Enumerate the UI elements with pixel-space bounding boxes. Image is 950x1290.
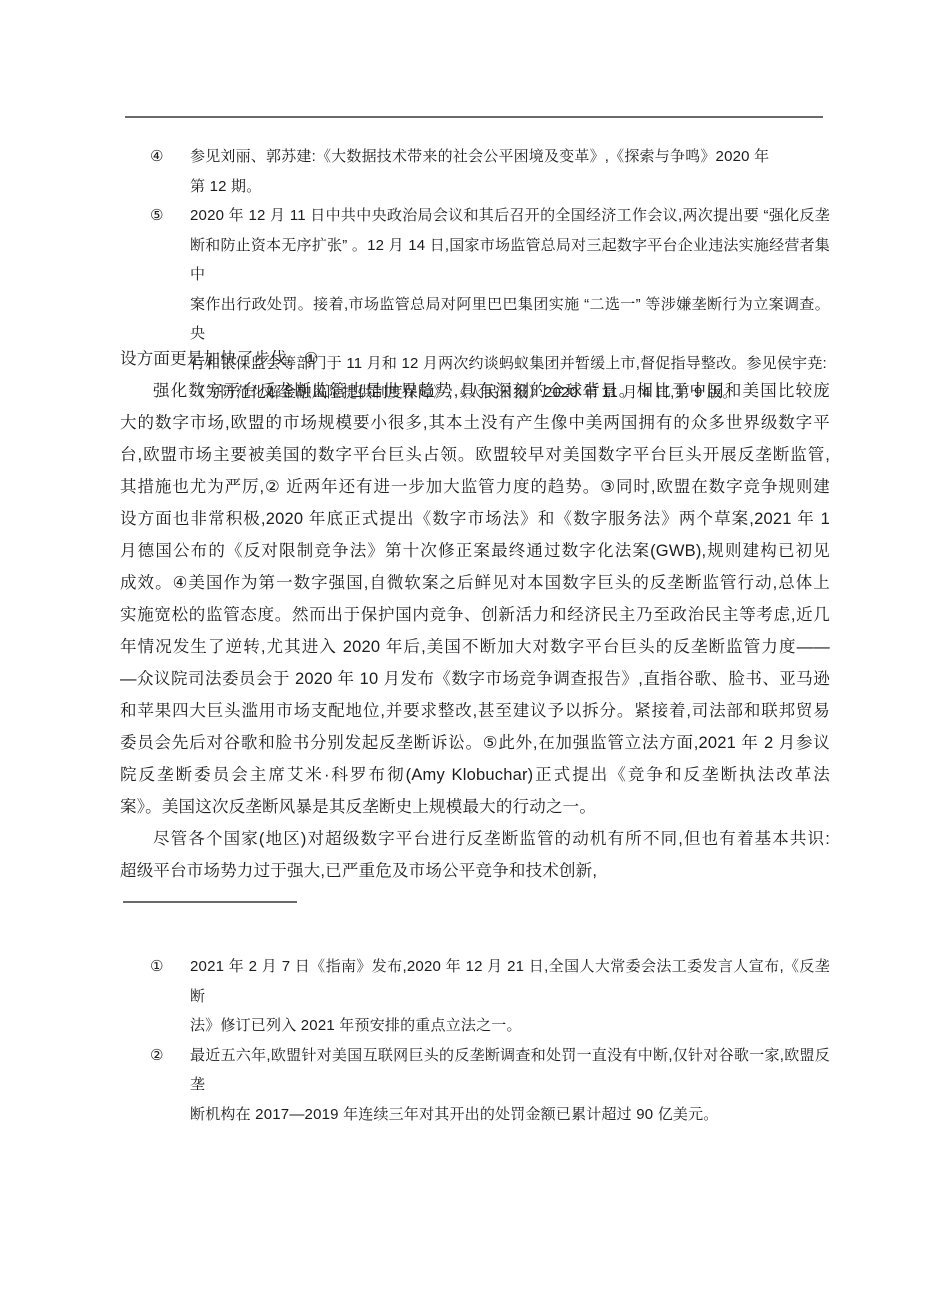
footnote-line: 2020 年 12 月 11 日中共中央政治局会议和其后召开的全国经济工作会议,… <box>190 201 830 231</box>
footnote-marker: ④ <box>150 142 190 172</box>
body-line: 案》。美国这次反垄断风暴是其反垄断史上规模最大的行动之一。 <box>120 791 830 823</box>
footnote-item-1: ① 2021 年 2 月 7 日《指南》发布,2020 年 12 月 21 日,… <box>150 952 840 1041</box>
footnote-line: 断机构在 2017—2019 年连续三年对其开出的处罚金额已累计超过 90 亿美… <box>190 1100 830 1130</box>
body-line: 年情况发生了逆转,尤其进入 2020 年后,美国不断加大对数字平台巨头的反垄断监… <box>120 631 830 663</box>
body-line: 月德国公布的《反对限制竞争法》第十次修正案最终通过数字化法案(GWB),规则建构… <box>120 535 830 567</box>
body-line: 大的数字市场,欧盟的市场规模要小很多,其本土没有产生像中美两国拥有的众多世界级数… <box>120 407 830 439</box>
footnote-text: 最近五六年,欧盟针对美国互联网巨头的反垄断调查和处罚一直没有中断,仅针对谷歌一家… <box>190 1041 830 1130</box>
footnote-line: 法》修订已列入 2021 年预安排的重点立法之一。 <box>190 1011 830 1041</box>
body-line: 超级平台市场势力过于强大,已严重危及市场公平竞争和技术创新, <box>120 855 830 887</box>
footnote-text: 2021 年 2 月 7 日《指南》发布,2020 年 12 月 21 日,全国… <box>190 952 830 1041</box>
footnote-line: 案作出行政处罚。接着,市场监管总局对阿里巴巴集团实施 “二选一” 等涉嫌垄断行为… <box>190 290 830 349</box>
footnote-separator-rule <box>123 901 297 903</box>
body-line: 成效。④美国作为第一数字强国,自微软案之后鲜见对本国数字巨头的反垄断监管行动,总… <box>120 567 830 599</box>
body-line: 实施宽松的监管态度。然而出于保护国内竞争、创新活力和经济民主乃至政治民主等考虑,… <box>120 599 830 631</box>
document-page: ④ 参见刘丽、郭苏建:《大数据技术带来的社会公平困境及变革》,《探索与争鸣》20… <box>0 0 950 1290</box>
body-line: 委员会先后对谷歌和脸书分别发起反垄断诉讼。⑤此外,在加强监管立法方面,2021 … <box>120 727 830 759</box>
footnote-text: 参见刘丽、郭苏建:《大数据技术带来的社会公平困境及变革》,《探索与争鸣》2020… <box>190 142 830 201</box>
body-line: 其措施也尤为严厉,② 近两年还有进一步加大监管力度的趋势。③同时,欧盟在数字竞争… <box>120 471 830 503</box>
body-line: 院反垄断委员会主席艾米·科罗布彻(Amy Klobuchar)正式提出《竞争和反… <box>120 759 830 791</box>
body-line: 和苹果四大巨头滥用市场支配地位,并要求整改,甚至建议予以拆分。紧接着,司法部和联… <box>120 695 830 727</box>
footnote-marker: ① <box>150 952 190 982</box>
footnote-line: 第 12 期。 <box>190 172 830 202</box>
body-text: 设方面更是加快了步伐。① 强化数字平台反垄断监管也是世界趋势,具有深刻的全球背景… <box>120 343 830 887</box>
body-line: 强化数字平台反垄断监管也是世界趋势,具有深刻的全球背景。相比于中国和美国比较庞 <box>120 375 830 407</box>
body-line: —众议院司法委员会于 2020 年 10 月发布《数字市场竞争调查报告》,直指谷… <box>120 663 830 695</box>
footnote-line: 最近五六年,欧盟针对美国互联网巨头的反垄断调查和处罚一直没有中断,仅针对谷歌一家… <box>190 1041 830 1100</box>
footnote-line: 2021 年 2 月 7 日《指南》发布,2020 年 12 月 21 日,全国… <box>190 952 830 1011</box>
footnote-marker: ⑤ <box>150 201 190 231</box>
footnote-line: 参见刘丽、郭苏建:《大数据技术带来的社会公平困境及变革》,《探索与争鸣》2020… <box>190 142 830 172</box>
body-line: 设方面也非常积极,2020 年底正式提出《数字市场法》和《数字服务法》两个草案,… <box>120 503 830 535</box>
body-line: 尽管各个国家(地区)对超级数字平台进行反垄断监管的动机有所不同,但也有着基本共识… <box>120 823 830 855</box>
footnote-item-2: ② 最近五六年,欧盟针对美国互联网巨头的反垄断调查和处罚一直没有中断,仅针对谷歌… <box>150 1041 840 1130</box>
footnote-marker: ② <box>150 1041 190 1071</box>
body-line: 台,欧盟市场主要被美国的数字平台巨头占领。欧盟较早对美国数字平台巨头开展反垄断监… <box>120 439 830 471</box>
top-divider-rule <box>125 116 823 118</box>
footnote-item-4: ④ 参见刘丽、郭苏建:《大数据技术带来的社会公平困境及变革》,《探索与争鸣》20… <box>150 142 840 201</box>
footnotes-bottom: ① 2021 年 2 月 7 日《指南》发布,2020 年 12 月 21 日,… <box>150 952 840 1129</box>
footnote-line: 断和防止资本无序扩张” 。12 月 14 日,国家市场监管总局对三起数字平台企业… <box>190 231 830 290</box>
body-line: 设方面更是加快了步伐。① <box>120 343 830 375</box>
